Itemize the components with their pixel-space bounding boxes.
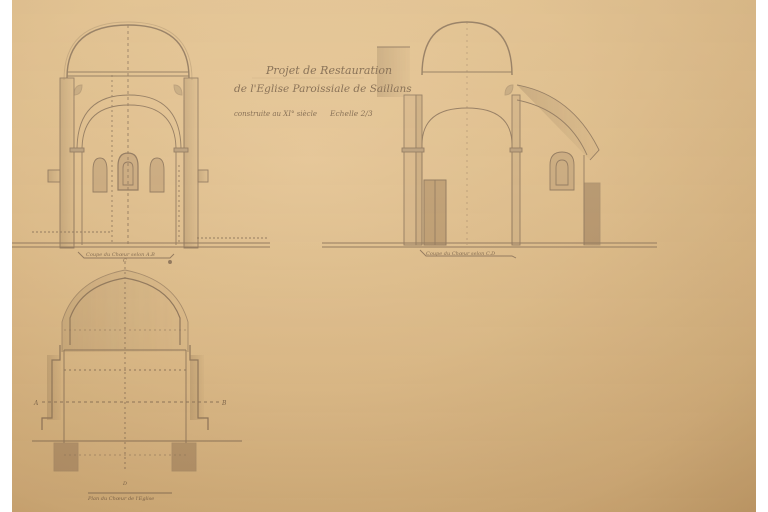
plan-marker-d: D [122, 481, 127, 487]
drawing-canvas: Projet de Restauration de l'Eglise Paroi… [12, 0, 756, 512]
paper-sheet: Projet de Restauration de l'Eglise Paroi… [12, 0, 756, 512]
plan-marker-b: B [221, 400, 227, 407]
title-line-1: Projet de Restauration [265, 64, 392, 77]
plan-marker-a: A [33, 400, 39, 407]
title-block: Projet de Restauration de l'Eglise Paroi… [234, 64, 412, 118]
plan-marker-c: C [123, 258, 127, 264]
plan-drawing [32, 262, 242, 493]
section-ab-drawing [12, 22, 270, 264]
caption-plan: Plan du Chœur de l'Eglise [87, 496, 154, 502]
title-scale: Echelle 2/3 [329, 109, 373, 118]
title-line-3-left: construite au XI° siècle [234, 110, 317, 118]
caption-section-cd: Coupe du Chœur selon C.D [426, 251, 495, 257]
title-line-2: de l'Eglise Paroissiale de Saillans [234, 83, 412, 95]
section-cd-drawing [322, 22, 657, 258]
caption-section-ab: Coupe du Chœur selon A.B [86, 252, 155, 258]
